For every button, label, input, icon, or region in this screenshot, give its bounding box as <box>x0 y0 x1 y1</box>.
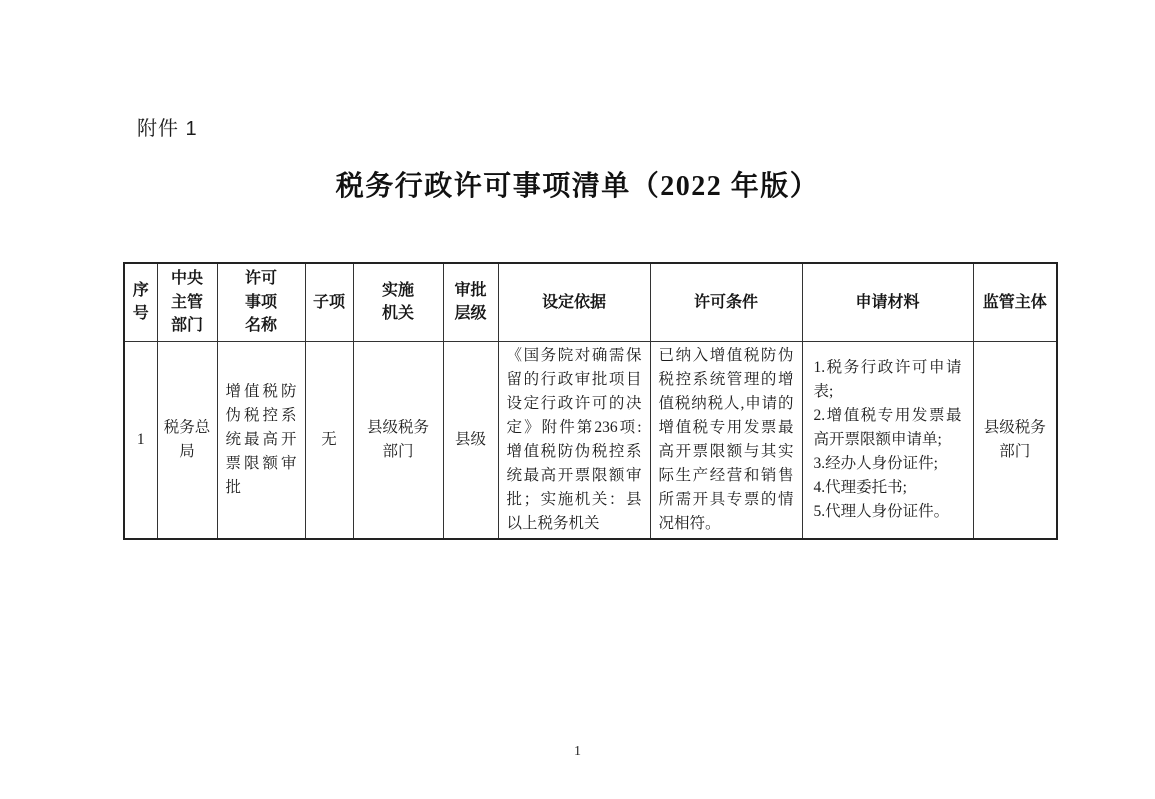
header-sub-item: 子项 <box>305 263 353 341</box>
cell-approval-level: 县级 <box>443 341 498 539</box>
cell-sub-item: 无 <box>305 341 353 539</box>
cell-legal-basis: 《国务院对确需保留的行政审批项目设定行政许可的决定》附件第236项:增值税防伪税… <box>498 341 650 539</box>
cell-application-materials: 1.税务行政许可申请表; 2.增值税专用发票最高开票限额申请单; 3.经办人身份… <box>802 341 973 539</box>
attachment-label: 附件 1 <box>137 112 198 141</box>
table-header-row: 序 号 中央 主管 部门 许可 事项 名称 子项 实施 机关 审批 层级 设定依… <box>124 263 1057 341</box>
header-legal-basis: 设定依据 <box>498 263 650 341</box>
header-license-conditions: 许可条件 <box>650 263 802 341</box>
cell-implementing-agency: 县级税务部门 <box>353 341 443 539</box>
cell-serial-number: 1 <box>124 341 157 539</box>
header-serial-number: 序 号 <box>124 263 157 341</box>
license-items-table: 序 号 中央 主管 部门 许可 事项 名称 子项 实施 机关 审批 层级 设定依… <box>123 262 1058 540</box>
document-title: 税务行政许可事项清单（2022 年版） <box>0 164 1155 204</box>
header-supervision-body: 监管主体 <box>973 263 1057 341</box>
cell-license-item-name: 增值税防伪税控系统最高开票限额审批 <box>217 341 305 539</box>
header-approval-level: 审批 层级 <box>443 263 498 341</box>
header-implementing-agency: 实施 机关 <box>353 263 443 341</box>
table-row: 1 税务总局 增值税防伪税控系统最高开票限额审批 无 县级税务部门 县级 《国务… <box>124 341 1057 539</box>
header-application-materials: 申请材料 <box>802 263 973 341</box>
header-central-department: 中央 主管 部门 <box>157 263 217 341</box>
cell-central-department: 税务总局 <box>157 341 217 539</box>
document-page: 附件 1 税务行政许可事项清单（2022 年版） 序 号 中央 主管 部门 许可… <box>0 0 1155 799</box>
cell-license-conditions: 已纳入增值税防伪税控系统管理的增值税纳税人,申请的增值税专用发票最高开票限额与其… <box>650 341 802 539</box>
page-number: 1 <box>0 744 1155 760</box>
cell-supervision-body: 县级税务部门 <box>973 341 1057 539</box>
header-license-item-name: 许可 事项 名称 <box>217 263 305 341</box>
